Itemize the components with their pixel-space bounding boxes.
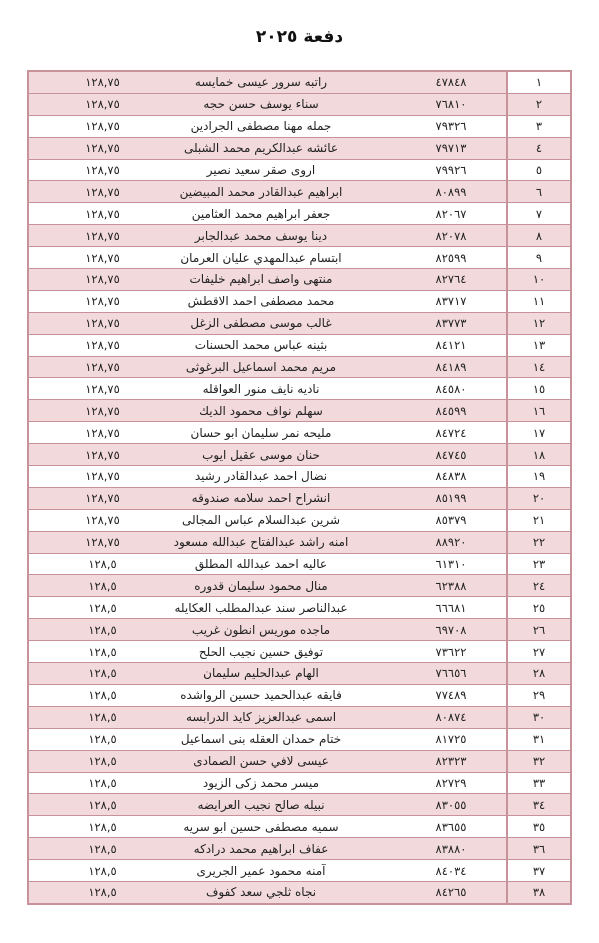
row-name-cell: جعفر ابراهيم محمد العثامين bbox=[146, 203, 376, 225]
row-index-cell: ٢٨ bbox=[507, 663, 571, 685]
table-row: ١٦٨٤٥٩٩سهلم نواف محمود الديك١٢٨,٧٥ bbox=[28, 400, 571, 422]
row-id-cell: ٨٤٧٢٤ bbox=[376, 422, 507, 444]
row-amount-cell: ١٢٨,٧٥ bbox=[28, 71, 146, 93]
row-id-cell: ٦٢٣٨٨ bbox=[376, 575, 507, 597]
row-index-cell: ١٦ bbox=[507, 400, 571, 422]
row-name-cell: نجاه ثلجي سعد كفوف bbox=[146, 881, 376, 903]
row-amount-cell: ١٢٨,٧٥ bbox=[28, 115, 146, 137]
table-row: ٣٣٨٢٧٢٩ميسر محمد زكى الزيود١٢٨,٥ bbox=[28, 772, 571, 794]
row-name-cell: سناء يوسف حسن حجه bbox=[146, 93, 376, 115]
row-name-cell: آمنه محمود عمير الجريرى bbox=[146, 860, 376, 882]
table-row: ٨٨٢٠٧٨دينا يوسف محمد عبدالجابر١٢٨,٧٥ bbox=[28, 225, 571, 247]
row-name-cell: نبيله صالح نجيب العرايضه bbox=[146, 794, 376, 816]
row-id-cell: ٧٦٦٥٦ bbox=[376, 663, 507, 685]
row-index-cell: ٢٩ bbox=[507, 684, 571, 706]
row-amount-cell: ١٢٨,٧٥ bbox=[28, 137, 146, 159]
row-id-cell: ٦١٣١٠ bbox=[376, 553, 507, 575]
row-index-cell: ٢٤ bbox=[507, 575, 571, 597]
row-id-cell: ٨٤٧٤٥ bbox=[376, 444, 507, 466]
row-id-cell: ٨٣٠٥٥ bbox=[376, 794, 507, 816]
row-amount-cell: ١٢٨,٧٥ bbox=[28, 378, 146, 400]
row-name-cell: حنان موسى عقيل ايوب bbox=[146, 444, 376, 466]
table-row: ٢٩٧٧٤٨٩فايقه عبدالحميد حسين الرواشده١٢٨,… bbox=[28, 684, 571, 706]
row-id-cell: ٦٦٦٨١ bbox=[376, 597, 507, 619]
row-name-cell: ميسر محمد زكى الزيود bbox=[146, 772, 376, 794]
row-index-cell: ٥ bbox=[507, 159, 571, 181]
row-amount-cell: ١٢٨,٥ bbox=[28, 663, 146, 685]
row-amount-cell: ١٢٨,٥ bbox=[28, 794, 146, 816]
page-title: دفعة ٢٠٢٥ bbox=[0, 27, 599, 47]
row-amount-cell: ١٢٨,٧٥ bbox=[28, 356, 146, 378]
row-index-cell: ١٠ bbox=[507, 269, 571, 291]
row-index-cell: ٦ bbox=[507, 181, 571, 203]
row-amount-cell: ١٢٨,٥ bbox=[28, 816, 146, 838]
table-row: ١٢٨٣٧٧٣غالب موسى مصطفى الزغل١٢٨,٧٥ bbox=[28, 312, 571, 334]
row-name-cell: جمله مهنا مصطفى الجرادين bbox=[146, 115, 376, 137]
row-id-cell: ٦٩٧٠٨ bbox=[376, 619, 507, 641]
table-row: ٣٢٨٢٣٢٣عيسى لافي حسن الصمادى١٢٨,٥ bbox=[28, 750, 571, 772]
row-amount-cell: ١٢٨,٧٥ bbox=[28, 466, 146, 488]
row-amount-cell: ١٢٨,٥ bbox=[28, 641, 146, 663]
row-name-cell: توفيق حسين نجيب الحلح bbox=[146, 641, 376, 663]
row-amount-cell: ١٢٨,٥ bbox=[28, 881, 146, 903]
row-id-cell: ٨١٧٢٥ bbox=[376, 728, 507, 750]
table-row: ٣٧٩٣٢٦جمله مهنا مصطفى الجرادين١٢٨,٧٥ bbox=[28, 115, 571, 137]
row-index-cell: ٢٢ bbox=[507, 531, 571, 553]
row-index-cell: ١٤ bbox=[507, 356, 571, 378]
row-amount-cell: ١٢٨,٥ bbox=[28, 728, 146, 750]
table-row: ٢٢٨٨٩٢٠امنه راشد عبدالفتاح عبدالله مسعود… bbox=[28, 531, 571, 553]
row-index-cell: ١ bbox=[507, 71, 571, 93]
row-id-cell: ٨٤١٢١ bbox=[376, 334, 507, 356]
roster-table-container: ١٤٧٨٤٨راتبه سرور عيسى خمايسه١٢٨,٧٥٢٧٦٨١٠… bbox=[27, 70, 572, 905]
row-name-cell: غالب موسى مصطفى الزغل bbox=[146, 312, 376, 334]
row-id-cell: ٨٣٧١٧ bbox=[376, 290, 507, 312]
row-id-cell: ٨٠٨٧٤ bbox=[376, 706, 507, 728]
row-amount-cell: ١٢٨,٥ bbox=[28, 772, 146, 794]
row-id-cell: ٨٣٦٥٥ bbox=[376, 816, 507, 838]
row-index-cell: ٢٥ bbox=[507, 597, 571, 619]
row-index-cell: ٢٠ bbox=[507, 487, 571, 509]
table-row: ٣٨٨٤٢٦٥نجاه ثلجي سعد كفوف١٢٨,٥ bbox=[28, 881, 571, 903]
row-amount-cell: ١٢٨,٥ bbox=[28, 619, 146, 641]
row-index-cell: ٣٠ bbox=[507, 706, 571, 728]
table-row: ١٤٧٨٤٨راتبه سرور عيسى خمايسه١٢٨,٧٥ bbox=[28, 71, 571, 93]
row-id-cell: ٧٩٩٢٦ bbox=[376, 159, 507, 181]
row-name-cell: راتبه سرور عيسى خمايسه bbox=[146, 71, 376, 93]
row-index-cell: ٣٨ bbox=[507, 881, 571, 903]
row-index-cell: ٢٣ bbox=[507, 553, 571, 575]
table-row: ٣٦٨٣٨٨٠عفاف ابراهيم محمد درادكه١٢٨,٥ bbox=[28, 838, 571, 860]
row-amount-cell: ١٢٨,٧٥ bbox=[28, 509, 146, 531]
row-index-cell: ٣٧ bbox=[507, 860, 571, 882]
table-row: ٢٤٦٢٣٨٨منال محمود سليمان قدوره١٢٨,٥ bbox=[28, 575, 571, 597]
row-id-cell: ٨٥٣٧٩ bbox=[376, 509, 507, 531]
table-row: ١٣٨٤١٢١بثينه عباس محمد الحسنات١٢٨,٧٥ bbox=[28, 334, 571, 356]
table-row: ٢١٨٥٣٧٩شرين عبدالسلام عباس المجالى١٢٨,٧٥ bbox=[28, 509, 571, 531]
row-id-cell: ٨٢٠٦٧ bbox=[376, 203, 507, 225]
row-id-cell: ٨٢٧٢٩ bbox=[376, 772, 507, 794]
row-name-cell: بثينه عباس محمد الحسنات bbox=[146, 334, 376, 356]
table-row: ٩٨٢٥٩٩ابتسام عبدالمهدي عليان العرمان١٢٨,… bbox=[28, 247, 571, 269]
row-id-cell: ٨٤٥٩٩ bbox=[376, 400, 507, 422]
row-index-cell: ١٩ bbox=[507, 466, 571, 488]
row-index-cell: ٢٧ bbox=[507, 641, 571, 663]
table-row: ٦٨٠٨٩٩ابراهيم عبدالقادر محمد المبيضين١٢٨… bbox=[28, 181, 571, 203]
row-amount-cell: ١٢٨,٧٥ bbox=[28, 159, 146, 181]
row-id-cell: ٧٣٦٢٢ bbox=[376, 641, 507, 663]
row-id-cell: ٨٢٣٢٣ bbox=[376, 750, 507, 772]
row-index-cell: ١١ bbox=[507, 290, 571, 312]
row-id-cell: ٨٣٨٨٠ bbox=[376, 838, 507, 860]
table-row: ٣٧٨٤٠٣٤آمنه محمود عمير الجريرى١٢٨,٥ bbox=[28, 860, 571, 882]
row-index-cell: ١٣ bbox=[507, 334, 571, 356]
row-amount-cell: ١٢٨,٧٥ bbox=[28, 444, 146, 466]
table-row: ٢٥٦٦٦٨١عبدالناصر سند عبدالمطلب العكايله١… bbox=[28, 597, 571, 619]
row-index-cell: ١٢ bbox=[507, 312, 571, 334]
row-amount-cell: ١٢٨,٥ bbox=[28, 838, 146, 860]
row-amount-cell: ١٢٨,٧٥ bbox=[28, 400, 146, 422]
row-index-cell: ٢٦ bbox=[507, 619, 571, 641]
row-index-cell: ٣ bbox=[507, 115, 571, 137]
row-amount-cell: ١٢٨,٧٥ bbox=[28, 181, 146, 203]
row-name-cell: دينا يوسف محمد عبدالجابر bbox=[146, 225, 376, 247]
row-index-cell: ٨ bbox=[507, 225, 571, 247]
row-name-cell: نضال احمد عبدالقادر رشيد bbox=[146, 466, 376, 488]
row-id-cell: ٨٢٠٧٨ bbox=[376, 225, 507, 247]
row-name-cell: عيسى لافي حسن الصمادى bbox=[146, 750, 376, 772]
row-id-cell: ٨٣٧٧٣ bbox=[376, 312, 507, 334]
row-name-cell: عبدالناصر سند عبدالمطلب العكايله bbox=[146, 597, 376, 619]
row-id-cell: ٨٤٥٨٠ bbox=[376, 378, 507, 400]
row-name-cell: ماجده موريس انطون غريب bbox=[146, 619, 376, 641]
row-id-cell: ٧٩٧١٣ bbox=[376, 137, 507, 159]
row-name-cell: اسمى عبدالعزيز كايد الدرابسه bbox=[146, 706, 376, 728]
row-name-cell: اروى صقر سعيد نصير bbox=[146, 159, 376, 181]
row-id-cell: ٧٧٤٨٩ bbox=[376, 684, 507, 706]
row-id-cell: ٨٢٥٩٩ bbox=[376, 247, 507, 269]
row-amount-cell: ١٢٨,٥ bbox=[28, 553, 146, 575]
row-id-cell: ٨٤٢٦٥ bbox=[376, 881, 507, 903]
table-row: ١١٨٣٧١٧محمد مصطفى احمد الاقطش١٢٨,٧٥ bbox=[28, 290, 571, 312]
row-amount-cell: ١٢٨,٥ bbox=[28, 706, 146, 728]
row-amount-cell: ١٢٨,٧٥ bbox=[28, 312, 146, 334]
row-amount-cell: ١٢٨,٧٥ bbox=[28, 269, 146, 291]
row-id-cell: ٨٤١٨٩ bbox=[376, 356, 507, 378]
row-name-cell: شرين عبدالسلام عباس المجالى bbox=[146, 509, 376, 531]
row-amount-cell: ١٢٨,٧٥ bbox=[28, 203, 146, 225]
row-index-cell: ٣٣ bbox=[507, 772, 571, 794]
row-name-cell: امنه راشد عبدالفتاح عبدالله مسعود bbox=[146, 531, 376, 553]
table-row: ٢٨٧٦٦٥٦الهام عبدالحليم سليمان١٢٨,٥ bbox=[28, 663, 571, 685]
row-id-cell: ٨٥١٩٩ bbox=[376, 487, 507, 509]
row-name-cell: ابراهيم عبدالقادر محمد المبيضين bbox=[146, 181, 376, 203]
row-name-cell: انشراح احمد سلامه صندوقه bbox=[146, 487, 376, 509]
row-id-cell: ٨٨٩٢٠ bbox=[376, 531, 507, 553]
table-row: ١٤٨٤١٨٩مريم محمد اسماعيل البرغوثى١٢٨,٧٥ bbox=[28, 356, 571, 378]
row-id-cell: ٤٧٨٤٨ bbox=[376, 71, 507, 93]
row-id-cell: ٨٠٨٩٩ bbox=[376, 181, 507, 203]
row-name-cell: ناديه نايف منور العواقله bbox=[146, 378, 376, 400]
table-row: ٥٧٩٩٢٦اروى صقر سعيد نصير١٢٨,٧٥ bbox=[28, 159, 571, 181]
roster-table: ١٤٧٨٤٨راتبه سرور عيسى خمايسه١٢٨,٧٥٢٧٦٨١٠… bbox=[27, 70, 572, 905]
row-index-cell: ١٥ bbox=[507, 378, 571, 400]
table-row: ٢٣٦١٣١٠عاليه احمد عبدالله المطلق١٢٨,٥ bbox=[28, 553, 571, 575]
row-name-cell: عاليه احمد عبدالله المطلق bbox=[146, 553, 376, 575]
row-amount-cell: ١٢٨,٥ bbox=[28, 597, 146, 619]
row-index-cell: ٧ bbox=[507, 203, 571, 225]
row-amount-cell: ١٢٨,٥ bbox=[28, 575, 146, 597]
table-row: ٣٠٨٠٨٧٤اسمى عبدالعزيز كايد الدرابسه١٢٨,٥ bbox=[28, 706, 571, 728]
row-name-cell: فايقه عبدالحميد حسين الرواشده bbox=[146, 684, 376, 706]
row-name-cell: منال محمود سليمان قدوره bbox=[146, 575, 376, 597]
table-row: ٣١٨١٧٢٥ختام حمدان العقله بنى اسماعيل١٢٨,… bbox=[28, 728, 571, 750]
table-row: ٣٤٨٣٠٥٥نبيله صالح نجيب العرايضه١٢٨,٥ bbox=[28, 794, 571, 816]
row-index-cell: ١٧ bbox=[507, 422, 571, 444]
roster-table-body: ١٤٧٨٤٨راتبه سرور عيسى خمايسه١٢٨,٧٥٢٧٦٨١٠… bbox=[28, 71, 571, 904]
table-row: ١٨٨٤٧٤٥حنان موسى عقيل ايوب١٢٨,٧٥ bbox=[28, 444, 571, 466]
row-name-cell: مليحه نمر سليمان ابو حسان bbox=[146, 422, 376, 444]
row-name-cell: محمد مصطفى احمد الاقطش bbox=[146, 290, 376, 312]
table-row: ١٩٨٤٨٣٨نضال احمد عبدالقادر رشيد١٢٨,٧٥ bbox=[28, 466, 571, 488]
table-row: ٢٧٧٣٦٢٢توفيق حسين نجيب الحلح١٢٨,٥ bbox=[28, 641, 571, 663]
table-row: ٢٦٦٩٧٠٨ماجده موريس انطون غريب١٢٨,٥ bbox=[28, 619, 571, 641]
row-index-cell: ٩ bbox=[507, 247, 571, 269]
table-row: ٢٧٦٨١٠سناء يوسف حسن حجه١٢٨,٧٥ bbox=[28, 93, 571, 115]
row-amount-cell: ١٢٨,٥ bbox=[28, 750, 146, 772]
row-id-cell: ٨٤٨٣٨ bbox=[376, 466, 507, 488]
row-index-cell: ٣٤ bbox=[507, 794, 571, 816]
table-row: ٢٠٨٥١٩٩انشراح احمد سلامه صندوقه١٢٨,٧٥ bbox=[28, 487, 571, 509]
row-name-cell: منتهى واصف ابراهيم خليفات bbox=[146, 269, 376, 291]
row-name-cell: سميه مصطفى حسين ابو سريه bbox=[146, 816, 376, 838]
row-name-cell: عائشه عبدالكريم محمد الشبلى bbox=[146, 137, 376, 159]
row-id-cell: ٧٩٣٢٦ bbox=[376, 115, 507, 137]
row-amount-cell: ١٢٨,٥ bbox=[28, 684, 146, 706]
table-row: ٣٥٨٣٦٥٥سميه مصطفى حسين ابو سريه١٢٨,٥ bbox=[28, 816, 571, 838]
table-row: ١٥٨٤٥٨٠ناديه نايف منور العواقله١٢٨,٧٥ bbox=[28, 378, 571, 400]
row-name-cell: عفاف ابراهيم محمد درادكه bbox=[146, 838, 376, 860]
row-amount-cell: ١٢٨,٧٥ bbox=[28, 487, 146, 509]
row-id-cell: ٨٤٠٣٤ bbox=[376, 860, 507, 882]
table-row: ١٧٨٤٧٢٤مليحه نمر سليمان ابو حسان١٢٨,٧٥ bbox=[28, 422, 571, 444]
row-amount-cell: ١٢٨,٧٥ bbox=[28, 247, 146, 269]
row-index-cell: ٤ bbox=[507, 137, 571, 159]
row-name-cell: ابتسام عبدالمهدي عليان العرمان bbox=[146, 247, 376, 269]
row-amount-cell: ١٢٨,٧٥ bbox=[28, 93, 146, 115]
row-amount-cell: ١٢٨,٥ bbox=[28, 860, 146, 882]
row-amount-cell: ١٢٨,٧٥ bbox=[28, 225, 146, 247]
row-id-cell: ٧٦٨١٠ bbox=[376, 93, 507, 115]
row-index-cell: ٢١ bbox=[507, 509, 571, 531]
row-index-cell: ٢ bbox=[507, 93, 571, 115]
table-row: ١٠٨٢٧٦٤منتهى واصف ابراهيم خليفات١٢٨,٧٥ bbox=[28, 269, 571, 291]
row-amount-cell: ١٢٨,٧٥ bbox=[28, 290, 146, 312]
row-name-cell: مريم محمد اسماعيل البرغوثى bbox=[146, 356, 376, 378]
row-amount-cell: ١٢٨,٧٥ bbox=[28, 531, 146, 553]
row-amount-cell: ١٢٨,٧٥ bbox=[28, 422, 146, 444]
row-name-cell: ختام حمدان العقله بنى اسماعيل bbox=[146, 728, 376, 750]
row-index-cell: ٣٢ bbox=[507, 750, 571, 772]
row-id-cell: ٨٢٧٦٤ bbox=[376, 269, 507, 291]
row-name-cell: الهام عبدالحليم سليمان bbox=[146, 663, 376, 685]
row-index-cell: ٣٥ bbox=[507, 816, 571, 838]
row-name-cell: سهلم نواف محمود الديك bbox=[146, 400, 376, 422]
table-row: ٧٨٢٠٦٧جعفر ابراهيم محمد العثامين١٢٨,٧٥ bbox=[28, 203, 571, 225]
table-row: ٤٧٩٧١٣عائشه عبدالكريم محمد الشبلى١٢٨,٧٥ bbox=[28, 137, 571, 159]
row-index-cell: ٣١ bbox=[507, 728, 571, 750]
row-index-cell: ١٨ bbox=[507, 444, 571, 466]
row-index-cell: ٣٦ bbox=[507, 838, 571, 860]
row-amount-cell: ١٢٨,٧٥ bbox=[28, 334, 146, 356]
